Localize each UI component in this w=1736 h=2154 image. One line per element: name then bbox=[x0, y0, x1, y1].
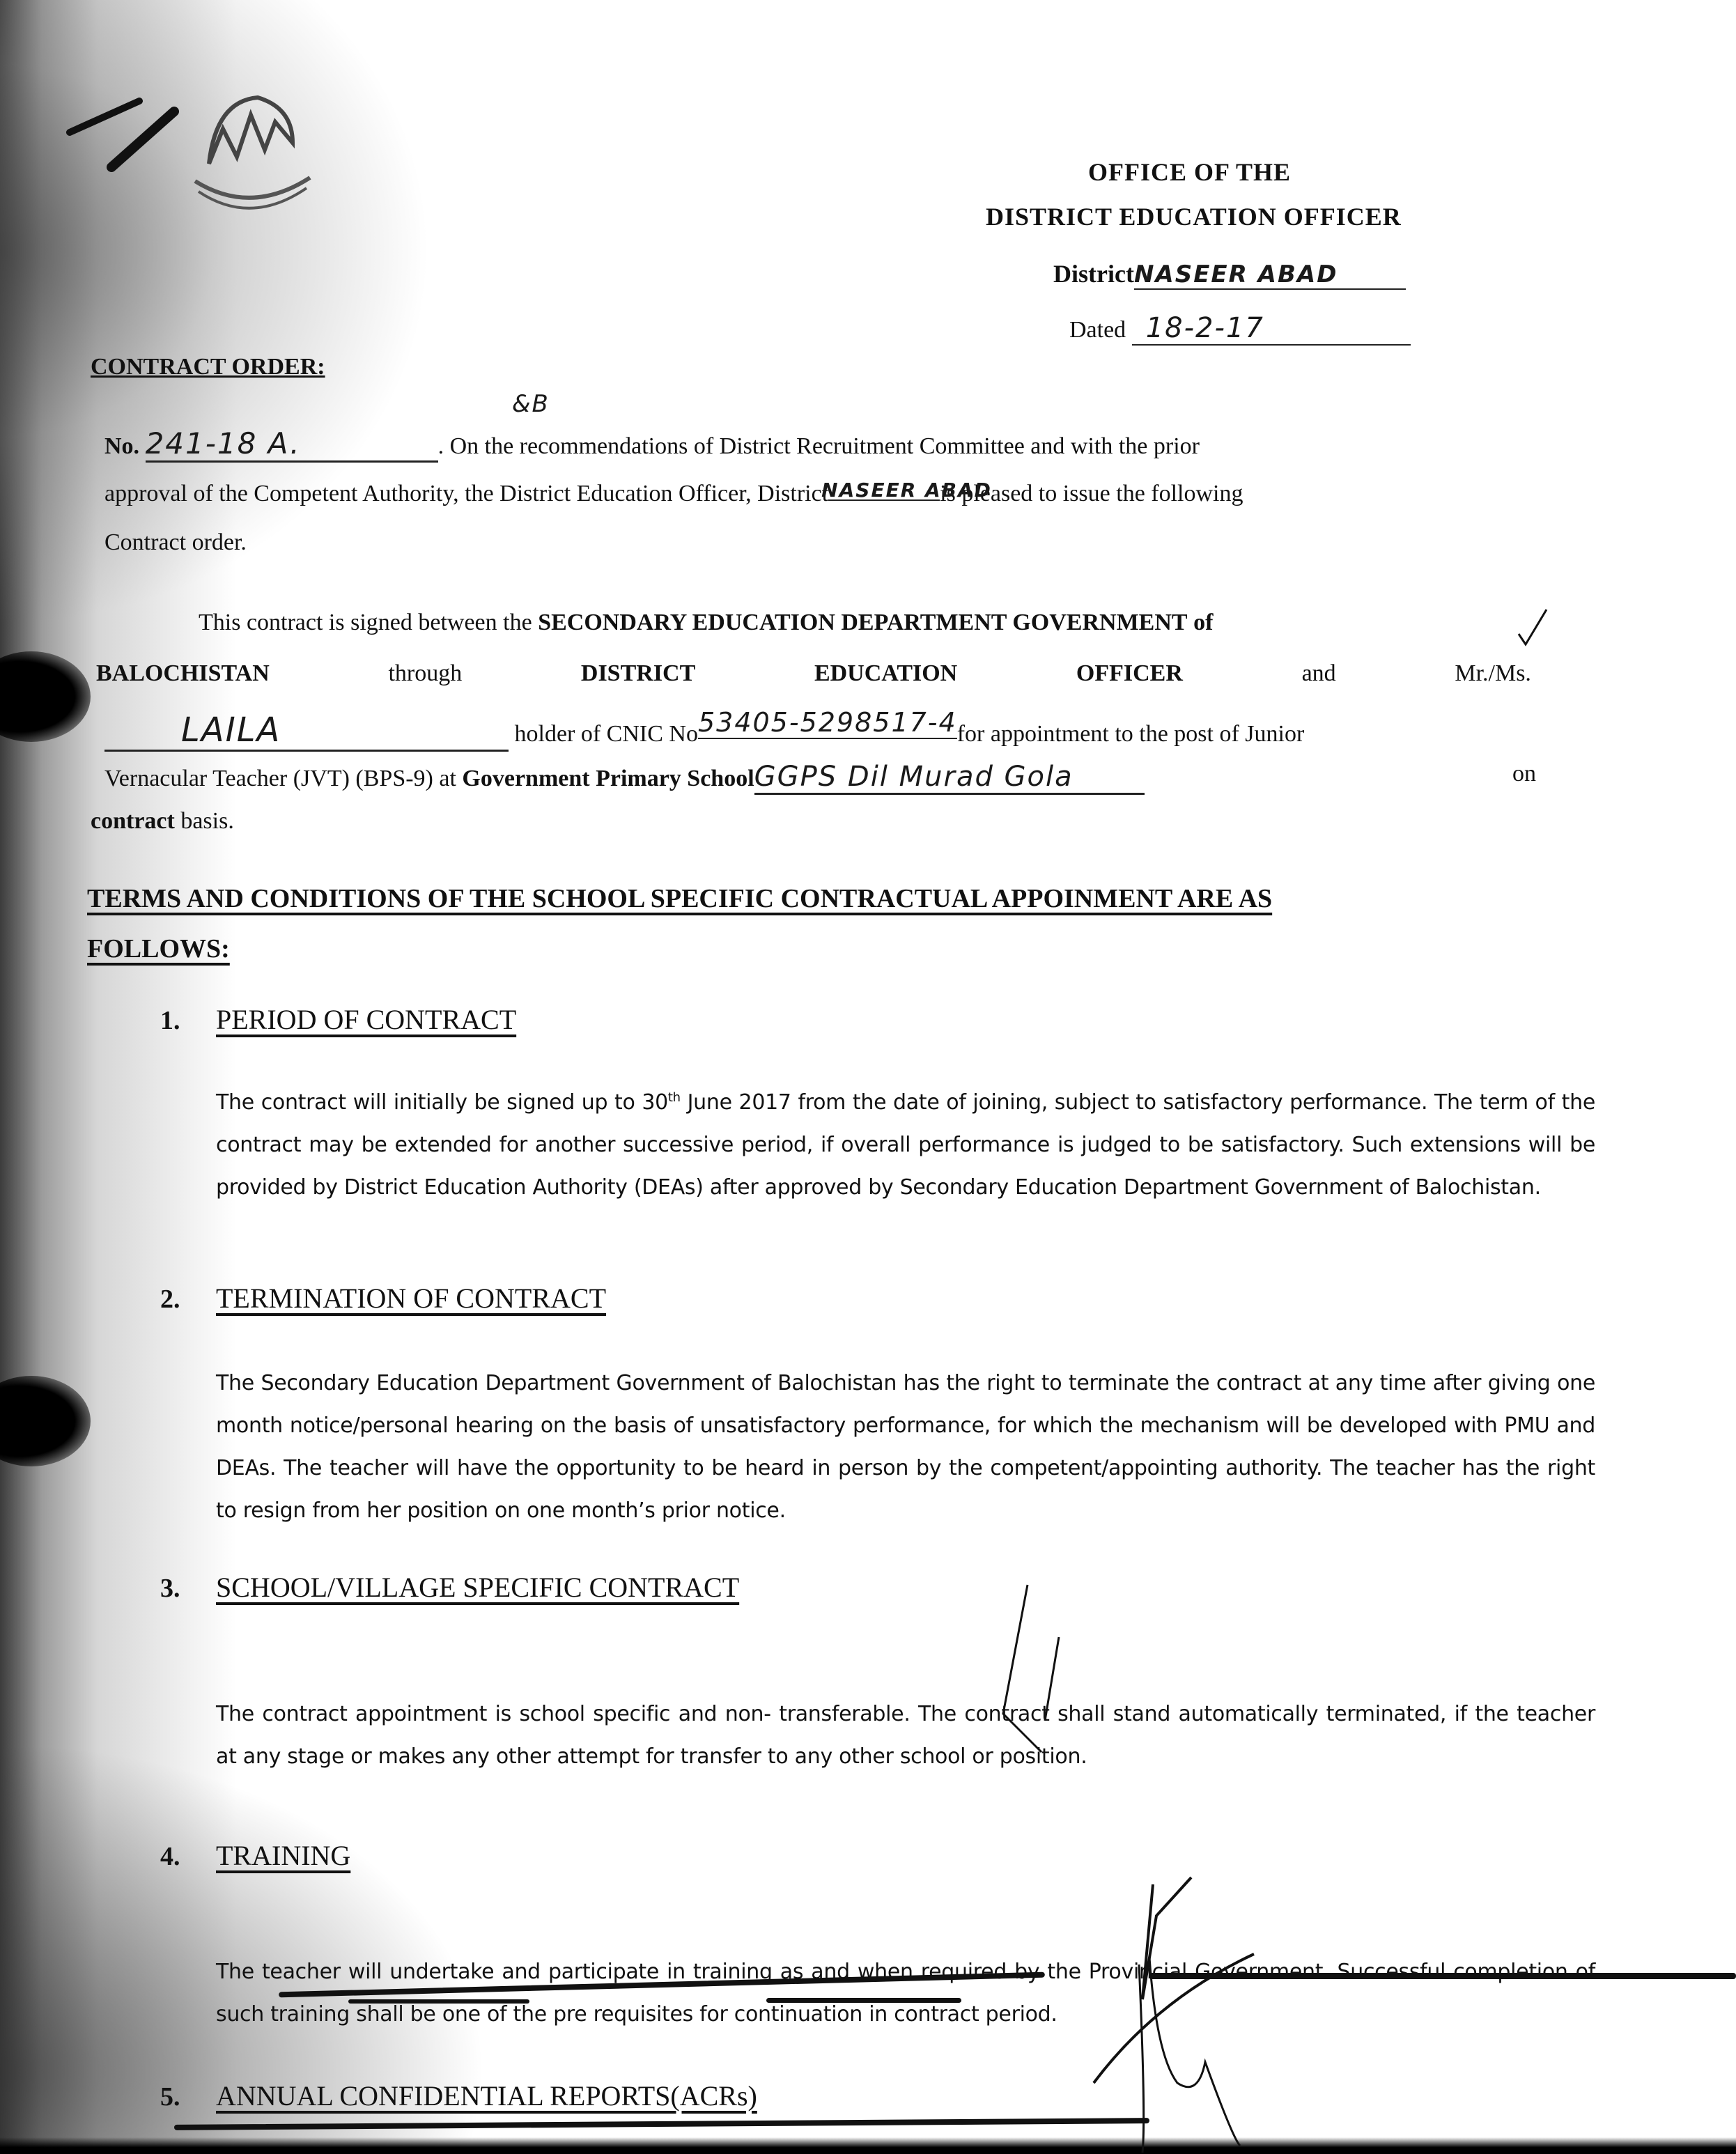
section-title: TRAINING bbox=[216, 1840, 350, 1871]
contract-line4: Vernacular Teacher (JVT) (BPS-9) at Gove… bbox=[104, 761, 1536, 795]
order-no-label: No. bbox=[104, 433, 139, 459]
contract-line2: BALOCHISTANthroughDISTRICTEDUCATIONOFFIC… bbox=[96, 660, 1531, 687]
section-number: 1. bbox=[160, 1005, 216, 1036]
contract-word: EDUCATION bbox=[814, 660, 957, 687]
section-heading: 1.PERIOD OF CONTRACT bbox=[160, 1003, 516, 1036]
section-heading: 5.ANNUAL CONFIDENTIAL REPORTS(ACRs) bbox=[160, 2079, 757, 2112]
section-heading: 3.SCHOOL/VILLAGE SPECIFIC CONTRACT bbox=[160, 1571, 739, 1604]
contract-text-bold: of bbox=[1193, 610, 1213, 635]
pen-strike bbox=[766, 1998, 961, 2003]
contract-text-bold: SECONDARY EDUCATION DEPARTMENT GOVERNMEN… bbox=[538, 610, 1187, 635]
teacher-name-value: LAILA bbox=[104, 711, 509, 752]
contract-text-bold: contract bbox=[91, 808, 175, 834]
contract-text: for appointment to the post of Junior bbox=[957, 721, 1305, 747]
pen-strike bbox=[348, 1999, 529, 2004]
school-name-value: GGPS Dil Murad Gola bbox=[754, 761, 1145, 795]
contract-text: This contract is signed between the bbox=[199, 610, 532, 635]
section-title: ANNUAL CONFIDENTIAL REPORTS(ACRs) bbox=[216, 2080, 757, 2112]
contract-text: Vernacular Teacher (JVT) (BPS-9) at bbox=[104, 766, 456, 791]
scan-bottom-edge bbox=[0, 2137, 1736, 2154]
checkmark-icon bbox=[1515, 606, 1550, 648]
cnic-value: 53405-5298517-4 bbox=[698, 707, 957, 739]
contract-text: on bbox=[1512, 761, 1536, 787]
contract-word: OFFICER bbox=[1076, 660, 1183, 687]
signature-icon bbox=[1080, 1874, 1303, 2153]
district-label: District bbox=[1053, 260, 1134, 288]
terms-heading-line2: FOLLOWS: bbox=[87, 933, 230, 964]
office-title-line1: OFFICE OF THE bbox=[1088, 157, 1291, 187]
order-no-value: 241-18 A. bbox=[146, 426, 438, 463]
contract-text: basis. bbox=[175, 808, 234, 834]
contract-line3: LAILA holder of CNIC No53405-5298517-4fo… bbox=[104, 711, 1304, 752]
order-intro-line2: approval of the Competent Authority, the… bbox=[104, 481, 1243, 507]
section-number: 4. bbox=[160, 1841, 216, 1872]
section-body: The contract will initially be signed up… bbox=[216, 1076, 1595, 1209]
cnic-label: holder of CNIC No bbox=[515, 721, 698, 747]
contract-word: and bbox=[1302, 660, 1336, 687]
order-intro-text: approval of the Competent Authority, the… bbox=[104, 481, 828, 506]
contract-word: BALOCHISTAN bbox=[96, 660, 270, 687]
contract-order-title: CONTRACT ORDER: bbox=[91, 354, 325, 380]
order-intro-text: . On the recommendations of District Rec… bbox=[438, 433, 1200, 459]
section-heading: 2.TERMINATION OF CONTRACT bbox=[160, 1282, 606, 1315]
contract-line1: This contract is signed between the SECO… bbox=[199, 610, 1526, 636]
dated-label: Dated bbox=[1069, 317, 1126, 343]
office-title-line2: DISTRICT EDUCATION OFFICER bbox=[986, 202, 1402, 231]
emblem-icon bbox=[188, 94, 327, 219]
corner-mark-icon bbox=[63, 91, 188, 174]
dated-value: 18-2-17 bbox=[1132, 312, 1411, 346]
section-body-text: The Secondary Education Department Gover… bbox=[216, 1371, 1595, 1523]
contract-text-bold: Government Primary School bbox=[462, 766, 754, 791]
section-body-text: The contract will initially be signed up… bbox=[216, 1090, 668, 1115]
intro-district-blank: NASEER ABAD bbox=[828, 499, 940, 501]
section-number: 3. bbox=[160, 1573, 216, 1604]
order-intro-line3: Contract order. bbox=[104, 529, 247, 556]
section-title: SCHOOL/VILLAGE SPECIFIC CONTRACT bbox=[216, 1572, 739, 1603]
contract-word: Mr./Ms. bbox=[1455, 660, 1531, 687]
order-intro-text: Contract order. bbox=[104, 529, 247, 555]
order-intro-line1: No. 241-18 A.. On the recommendations of… bbox=[104, 426, 1522, 463]
section-title: PERIOD OF CONTRACT bbox=[216, 1004, 516, 1035]
order-number-annotation: &B bbox=[512, 390, 550, 418]
section-number: 5. bbox=[160, 2082, 216, 2112]
district-value: NASEER ABAD bbox=[1134, 261, 1406, 290]
section-heading: 4.TRAINING bbox=[160, 1839, 350, 1872]
section-title: TERMINATION OF CONTRACT bbox=[216, 1283, 606, 1314]
dated-field: Dated 18-2-17 bbox=[1069, 312, 1411, 346]
contract-word: through bbox=[388, 660, 462, 687]
pen-mark-icon bbox=[972, 1581, 1111, 1762]
section-body-text: The contract appointment is school speci… bbox=[216, 1702, 1595, 1769]
ordinal-suffix: th bbox=[668, 1090, 681, 1105]
contract-word: DISTRICT bbox=[581, 660, 695, 687]
terms-heading-line1: TERMS AND CONDITIONS OF THE SCHOOL SPECI… bbox=[87, 883, 1272, 914]
contract-line5: contract basis. bbox=[91, 808, 234, 835]
district-field: DistrictNASEER ABAD bbox=[1053, 259, 1406, 290]
intro-district-value: NASEER ABAD bbox=[821, 479, 992, 502]
section-body: The contract appointment is school speci… bbox=[216, 1693, 1595, 1778]
section-body: The Secondary Education Department Gover… bbox=[216, 1362, 1595, 1532]
section-number: 2. bbox=[160, 1284, 216, 1315]
